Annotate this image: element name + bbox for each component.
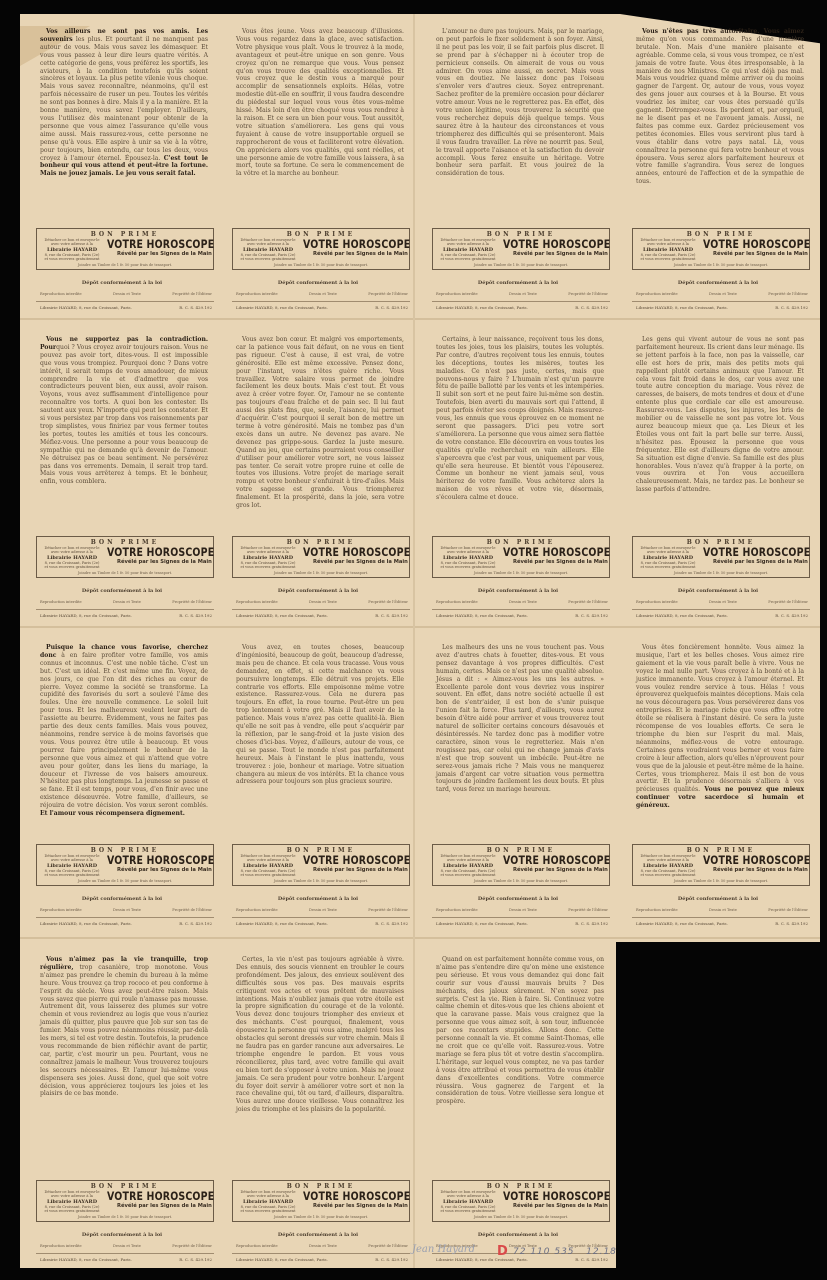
horoscope-cell: Vous avez bon cœur. Et malgré vos emport… [216,322,420,628]
legal-deposit: Dépôt conformément à la loi [416,896,620,902]
coupon-subtitle: Révélé par les Signes de la Main [313,867,408,873]
publisher-imprint: Librairie HAYARD, 8, rue du Croissant, P… [436,921,608,926]
divider [632,609,810,610]
coupon-footnote: Joindre un Timbre de 1 fr. 50 pour frais… [633,879,809,883]
rights-line: Reproduction interditeDessin et TextePro… [236,600,408,604]
divider [232,1253,410,1254]
legal-deposit: Dépôt conformément à la loi [20,280,224,286]
coupon-subtitle: Révélé par les Signes de la Main [513,559,608,565]
rights-line: Reproduction interditeDessin et TextePro… [236,292,408,296]
coupon-instructions: Détacher ce bon et envoyez-leavec votre … [237,546,299,570]
coupon-subtitle: Révélé par les Signes de la Main [713,559,808,565]
publisher-imprint: Librairie HAYARD, 8, rue du Croissant, P… [40,921,212,926]
coupon-footnote: Joindre un Timbre de 1 fr. 50 pour frais… [233,879,409,883]
coupon-footnote: Joindre un Timbre de 1 fr. 50 pour frais… [233,1215,409,1219]
divider [632,917,810,918]
bon-prime-coupon: BON PRIMEDétacher ce bon et envoyez-leav… [432,228,610,270]
horoscope-text: Vous êtes jeune. Vous avez beaucoup d'il… [236,28,404,178]
divider [232,609,410,610]
bon-prime-coupon: BON PRIMEDétacher ce bon et envoyez-leav… [632,844,810,886]
divider [36,1253,214,1254]
horoscope-cell: Vous avez, en toutes choses, beaucoup d'… [216,630,420,936]
horoscope-cell: Certains, à leur naissance, reçoivent to… [416,322,620,628]
coupon-title: VOTRE HOROSCOPE [503,1189,610,1203]
coupon-title: VOTRE HOROSCOPE [303,853,410,867]
divider [432,609,610,610]
coupon-title: VOTRE HOROSCOPE [107,853,214,867]
coupon-subtitle: Révélé par les Signes de la Main [313,251,408,257]
bon-prime-coupon: BON PRIMEDétacher ce bon et envoyez-leav… [632,228,810,270]
bon-prime-coupon: BON PRIMEDétacher ce bon et envoyez-leav… [432,844,610,886]
horoscope-cell: Vous n'êtes pas très autoritaire. Vous a… [616,14,820,320]
legal-deposit: Dépôt conformément à la loi [616,588,820,594]
horoscope-cell: Vous êtes foncièrement honnête. Vous aim… [616,630,820,936]
legal-deposit: Dépôt conformément à la loi [216,1232,420,1238]
coupon-footnote: Joindre un Timbre de 1 fr. 50 pour frais… [433,879,609,883]
coupon-instructions: Détacher ce bon et envoyez-leavec votre … [41,1190,103,1214]
coupon-title: VOTRE HOROSCOPE [303,1189,410,1203]
coupon-instructions: Détacher ce bon et envoyez-leavec votre … [437,1190,499,1214]
legal-deposit: Dépôt conformément à la loi [616,896,820,902]
legal-deposit: Dépôt conformément à la loi [216,588,420,594]
coupon-title: VOTRE HOROSCOPE [703,237,810,251]
coupon-title: VOTRE HOROSCOPE [703,853,810,867]
publisher-imprint: Librairie HAYARD, 8, rue du Croissant, P… [636,613,808,618]
coupon-instructions: Détacher ce bon et envoyez-leavec votre … [237,854,299,878]
legal-deposit: Dépôt conformément à la loi [216,896,420,902]
coupon-subtitle: Révélé par les Signes de la Main [513,1203,608,1209]
rights-line: Reproduction interditeDessin et TextePro… [40,292,212,296]
publisher-imprint: Librairie HAYARD, 8, rue du Croissant, P… [636,921,808,926]
coupon-footnote: Joindre un Timbre de 1 fr. 50 pour frais… [37,571,213,575]
rights-line: Reproduction interditeDessin et TextePro… [436,292,608,296]
bon-prime-coupon: BON PRIMEDétacher ce bon et envoyez-leav… [232,844,410,886]
coupon-instructions: Détacher ce bon et envoyez-leavec votre … [637,546,699,570]
coupon-footnote: Joindre un Timbre de 1 fr. 50 pour frais… [633,263,809,267]
coupon-footnote: Joindre un Timbre de 1 fr. 50 pour frais… [633,571,809,575]
legal-deposit: Dépôt conformément à la loi [416,280,620,286]
divider [36,917,214,918]
rights-line: Reproduction interditeDessin et TextePro… [636,600,808,604]
horoscope-cell: Vous êtes jeune. Vous avez beaucoup d'il… [216,14,420,320]
coupon-title: VOTRE HOROSCOPE [107,237,214,251]
coupon-instructions: Détacher ce bon et envoyez-leavec votre … [637,238,699,262]
coupon-title: VOTRE HOROSCOPE [107,545,214,559]
bon-prime-coupon: BON PRIMEDétacher ce bon et envoyez-leav… [36,536,214,578]
rights-line: Reproduction interditeDessin et TextePro… [236,908,408,912]
coupon-instructions: Détacher ce bon et envoyez-leavec votre … [41,546,103,570]
coupon-subtitle: Révélé par les Signes de la Main [313,1203,408,1209]
publisher-imprint: Librairie HAYARD, 8, rue du Croissant, P… [40,613,212,618]
legal-deposit: Dépôt conformément à la loi [20,588,224,594]
coupon-footnote: Joindre un Timbre de 1 fr. 50 pour frais… [233,263,409,267]
coupon-footnote: Joindre un Timbre de 1 fr. 50 pour frais… [233,571,409,575]
horoscope-cell: Les gens qui vivent autour de vous ne so… [616,322,820,628]
rights-line: Reproduction interditeDessin et TextePro… [236,1244,408,1248]
coupon-subtitle: Révélé par les Signes de la Main [117,251,212,257]
horoscope-text: Certains, à leur naissance, reçoivent to… [436,336,604,502]
legal-deposit: Dépôt conformément à la loi [616,280,820,286]
coupon-subtitle: Révélé par les Signes de la Main [713,867,808,873]
bon-prime-coupon: BON PRIMEDétacher ce bon et envoyez-leav… [432,536,610,578]
bon-prime-coupon: BON PRIMEDétacher ce bon et envoyez-leav… [632,536,810,578]
legal-deposit: Dépôt conformément à la loi [416,1232,620,1238]
coupon-title: VOTRE HOROSCOPE [303,237,410,251]
rights-line: Reproduction interditeDessin et TextePro… [40,1244,212,1248]
bon-prime-coupon: BON PRIMEDétacher ce bon et envoyez-leav… [232,536,410,578]
coupon-title: VOTRE HOROSCOPE [503,237,610,251]
divider [36,301,214,302]
publisher-imprint: Librairie HAYARD, 8, rue du Croissant, P… [236,1257,408,1262]
bon-prime-coupon: BON PRIMEDétacher ce bon et envoyez-leav… [432,1180,610,1222]
divider [632,301,810,302]
coupon-instructions: Détacher ce bon et envoyez-leavec votre … [237,238,299,262]
coupon-instructions: Détacher ce bon et envoyez-leavec votre … [41,854,103,878]
horoscope-text: Quand on est parfaitement honnête comme … [436,956,604,1106]
coupon-instructions: Détacher ce bon et envoyez-leavec votre … [437,546,499,570]
coupon-instructions: Détacher ce bon et envoyez-leavec votre … [437,854,499,878]
coupon-instructions: Détacher ce bon et envoyez-leavec votre … [41,238,103,262]
legal-deposit: Dépôt conformément à la loi [20,896,224,902]
bon-prime-coupon: BON PRIMEDétacher ce bon et envoyez-leav… [36,844,214,886]
divider [432,917,610,918]
legal-deposit: Dépôt conformément à la loi [20,1232,224,1238]
publisher-imprint: Librairie HAYARD, 8, rue du Croissant, P… [436,1257,608,1262]
legal-deposit: Dépôt conformément à la loi [216,280,420,286]
coupon-title: VOTRE HOROSCOPE [503,545,610,559]
coupon-instructions: Détacher ce bon et envoyez-leavec votre … [237,1190,299,1214]
rights-line: Reproduction interditeDessin et TextePro… [636,908,808,912]
divider [232,917,410,918]
coupon-footnote: Joindre un Timbre de 1 fr. 50 pour frais… [433,571,609,575]
coupon-subtitle: Révélé par les Signes de la Main [313,559,408,565]
coupon-footnote: Joindre un Timbre de 1 fr. 50 pour frais… [433,263,609,267]
coupon-subtitle: Révélé par les Signes de la Main [513,867,608,873]
divider [232,301,410,302]
coupon-footnote: Joindre un Timbre de 1 fr. 50 pour frais… [37,879,213,883]
publisher-imprint: Librairie HAYARD, 8, rue du Croissant, P… [40,305,212,310]
publisher-imprint: Librairie HAYARD, 8, rue du Croissant, P… [436,613,608,618]
fold-line [20,937,820,939]
rights-line: Reproduction interditeDessin et TextePro… [636,292,808,296]
horoscope-text: Certes, la vie n'est pas toujours agréab… [236,956,404,1114]
horoscope-text: Vous ne supportez pas la contradiction. … [40,336,208,486]
horoscope-cell: Quand on est parfaitement honnête comme … [416,942,620,1248]
coupon-subtitle: Révélé par les Signes de la Main [117,559,212,565]
coupon-subtitle: Révélé par les Signes de la Main [513,251,608,257]
inventory-number: 72 110 535 12.18 [513,1247,617,1257]
coupon-instructions: Détacher ce bon et envoyez-leavec votre … [637,854,699,878]
horoscope-cell: L'amour ne dure pas toujours. Mais, par … [416,14,620,320]
rights-line: Reproduction interditeDessin et TextePro… [436,600,608,604]
legal-deposit: Dépôt conformément à la loi [416,588,620,594]
rights-line: Reproduction interditeDessin et TextePro… [436,908,608,912]
coupon-subtitle: Révélé par les Signes de la Main [117,1203,212,1209]
publisher-imprint: Librairie HAYARD, 8, rue du Croissant, P… [436,305,608,310]
horoscope-text: Vous n'êtes pas très autoritaire. Vous a… [636,28,804,186]
coupon-subtitle: Révélé par les Signes de la Main [713,251,808,257]
horoscope-cell: Vous ne supportez pas la contradiction. … [20,322,224,628]
coupon-subtitle: Révélé par les Signes de la Main [117,867,212,873]
horoscope-text: Les malheurs des uns ne vous touchent pa… [436,644,604,794]
coupon-footnote: Joindre un Timbre de 1 fr. 50 pour frais… [433,1215,609,1219]
publisher-imprint: Librairie HAYARD, 8, rue du Croissant, P… [236,921,408,926]
rights-line: Reproduction interditeDessin et TextePro… [40,908,212,912]
horoscope-cell: Vos ailleurs ne sont pas vos amis. Les s… [20,14,224,320]
horoscope-cell: Puisque la chance vous favorise, cherche… [20,630,224,936]
coupon-footnote: Joindre un Timbre de 1 fr. 50 pour frais… [37,1215,213,1219]
publisher-imprint: Librairie HAYARD, 8, rue du Croissant, P… [236,305,408,310]
publisher-imprint: Librairie HAYARD, 8, rue du Croissant, P… [40,1257,212,1262]
publisher-imprint: Librairie HAYARD, 8, rue du Croissant, P… [236,613,408,618]
horoscope-text: L'amour ne dure pas toujours. Mais, par … [436,28,604,178]
horoscope-text: Les gens qui vivent autour de vous ne so… [636,336,804,494]
horoscope-text: Puisque la chance vous favorise, cherche… [40,644,208,818]
coupon-title: VOTRE HOROSCOPE [503,853,610,867]
horoscope-cell: Les malheurs des uns ne vous touchent pa… [416,630,620,936]
horoscope-text: Vos ailleurs ne sont pas vos amis. Les s… [40,28,208,178]
rights-line: Reproduction interditeDessin et TextePro… [40,600,212,604]
horoscope-text: Vous avez bon cœur. Et malgré vos emport… [236,336,404,510]
coupon-title: VOTRE HOROSCOPE [303,545,410,559]
coupon-title: VOTRE HOROSCOPE [107,1189,214,1203]
bon-prime-coupon: BON PRIMEDétacher ce bon et envoyez-leav… [232,1180,410,1222]
bon-prime-coupon: BON PRIMEDétacher ce bon et envoyez-leav… [232,228,410,270]
horoscope-text: Vous avez, en toutes choses, beaucoup d'… [236,644,404,786]
horoscope-text: Vous êtes foncièrement honnête. Vous aim… [636,644,804,810]
archive-stamp: D [497,1244,508,1259]
bon-prime-coupon: BON PRIMEDétacher ce bon et envoyez-leav… [36,1180,214,1222]
archive-signature: Jean Hayard [412,1244,475,1255]
horoscope-cell: Vous n'aimez pas la vie tranquille, trop… [20,942,224,1248]
coupon-footnote: Joindre un Timbre de 1 fr. 50 pour frais… [37,263,213,267]
horoscope-cell: Certes, la vie n'est pas toujours agréab… [216,942,420,1248]
coupon-instructions: Détacher ce bon et envoyez-leavec votre … [437,238,499,262]
publisher-imprint: Librairie HAYARD, 8, rue du Croissant, P… [636,305,808,310]
divider [432,301,610,302]
horoscope-text: Vous n'aimez pas la vie tranquille, trop… [40,956,208,1098]
divider [36,609,214,610]
bon-prime-coupon: BON PRIMEDétacher ce bon et envoyez-leav… [36,228,214,270]
coupon-title: VOTRE HOROSCOPE [703,545,810,559]
